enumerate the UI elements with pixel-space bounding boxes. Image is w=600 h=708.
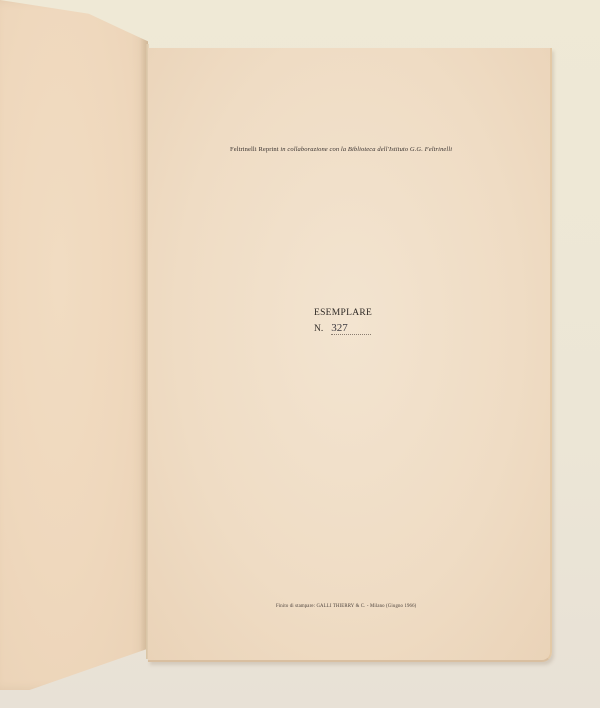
collaboration-text: in collaborazione con la Biblioteca dell…: [280, 146, 452, 153]
colophon: Finito di stampare: GALLI THIERRY & C. -…: [276, 604, 416, 609]
publisher-name: Feltrinelli Reprint: [230, 146, 279, 153]
copy-number-prefix: N.: [314, 324, 323, 334]
left-page: [0, 0, 148, 690]
copy-number: 327: [331, 322, 371, 335]
copy-label: ESEMPLARE: [314, 308, 372, 318]
header-line: Feltrinelli Reprint in collaborazione co…: [230, 146, 475, 153]
right-page: [148, 48, 552, 662]
copy-number-block: ESEMPLARE N. 327: [314, 308, 372, 335]
copy-number-row: N. 327: [314, 322, 372, 335]
